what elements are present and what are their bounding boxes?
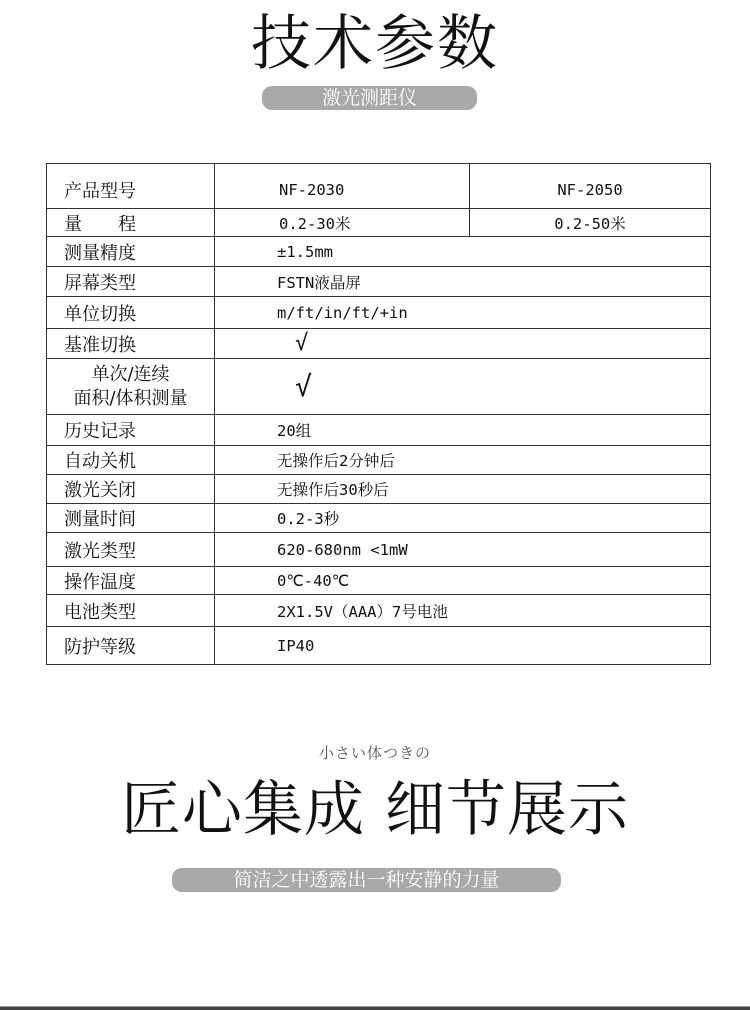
table-row: 单次/连续 面积/体积测量 √ [47,359,711,415]
row-value: 无操作后30秒后 [215,475,711,504]
table-row: 电池类型 2X1.5V（AAA）7号电池 [47,595,711,627]
row-value: 0.2-3秒 [215,504,711,533]
table-header-row: 产品型号 NF-2030 NF-2050 [47,164,711,209]
row-value: 无操作后2分钟后 [215,446,711,475]
table-row: 测量精度 ±1.5mm [47,237,711,267]
row-value: m/ft/in/ft/+in [215,297,711,329]
table-row: 历史记录 20组 [47,415,711,446]
row-value: ±1.5mm [215,237,711,267]
table-row: 基准切换 √ [47,329,711,359]
row-label: 单次/连续 面积/体积测量 [47,359,215,415]
row-label: 测量时间 [47,504,215,533]
row-label-line2: 面积/体积测量 [47,387,214,411]
row-value: 20组 [215,415,711,446]
row-value: 0.2-30米 [215,209,470,237]
table-row: 激光类型 620-680nm <1mW [47,533,711,567]
table-row: 操作温度 0℃-40℃ [47,567,711,595]
model-nf2050: NF-2050 [470,164,711,209]
row-label: 历史记录 [47,415,215,446]
table-row: 自动关机 无操作后2分钟后 [47,446,711,475]
row-value: 2X1.5V（AAA）7号电池 [215,595,711,627]
header-label: 产品型号 [47,164,215,209]
small-caption: 小さい体つきの [0,742,750,763]
row-label: 激光类型 [47,533,215,567]
section-headline: 匠心集成 细节展示 [0,774,750,846]
row-label: 激光关闭 [47,475,215,504]
row-label: 电池类型 [47,595,215,627]
row-label: 自动关机 [47,446,215,475]
bottom-divider [0,1006,750,1010]
row-label-line1: 单次/连续 [47,363,214,387]
table-row: 量 程 0.2-30米 0.2-50米 [47,209,711,237]
tagline-badge: 简洁之中透露出一种安静的力量 [172,868,561,892]
table-row: 屏幕类型 FSTN液晶屏 [47,267,711,297]
row-label: 操作温度 [47,567,215,595]
row-value: 0℃-40℃ [215,567,711,595]
model-nf2030: NF-2030 [215,164,470,209]
table-row: 测量时间 0.2-3秒 [47,504,711,533]
row-label: 测量精度 [47,237,215,267]
row-label: 防护等级 [47,627,215,665]
row-value: IP40 [215,627,711,665]
row-label: 基准切换 [47,329,215,359]
row-label: 量 程 [47,209,215,237]
product-category-badge: 激光测距仪 [262,86,477,110]
table-row: 单位切换 m/ft/in/ft/+in [47,297,711,329]
check-icon: √ [277,331,308,356]
row-label: 屏幕类型 [47,267,215,297]
page-title: 技术参数 [0,8,750,80]
check-icon: √ [277,370,312,403]
table-row: 激光关闭 无操作后30秒后 [47,475,711,504]
table-row: 防护等级 IP40 [47,627,711,665]
row-value: FSTN液晶屏 [215,267,711,297]
row-label: 单位切换 [47,297,215,329]
row-value: 0.2-50米 [470,209,711,237]
spec-table: 产品型号 NF-2030 NF-2050 量 程 0.2-30米 0.2-50米… [46,163,711,665]
row-value: 620-680nm <1mW [215,533,711,567]
